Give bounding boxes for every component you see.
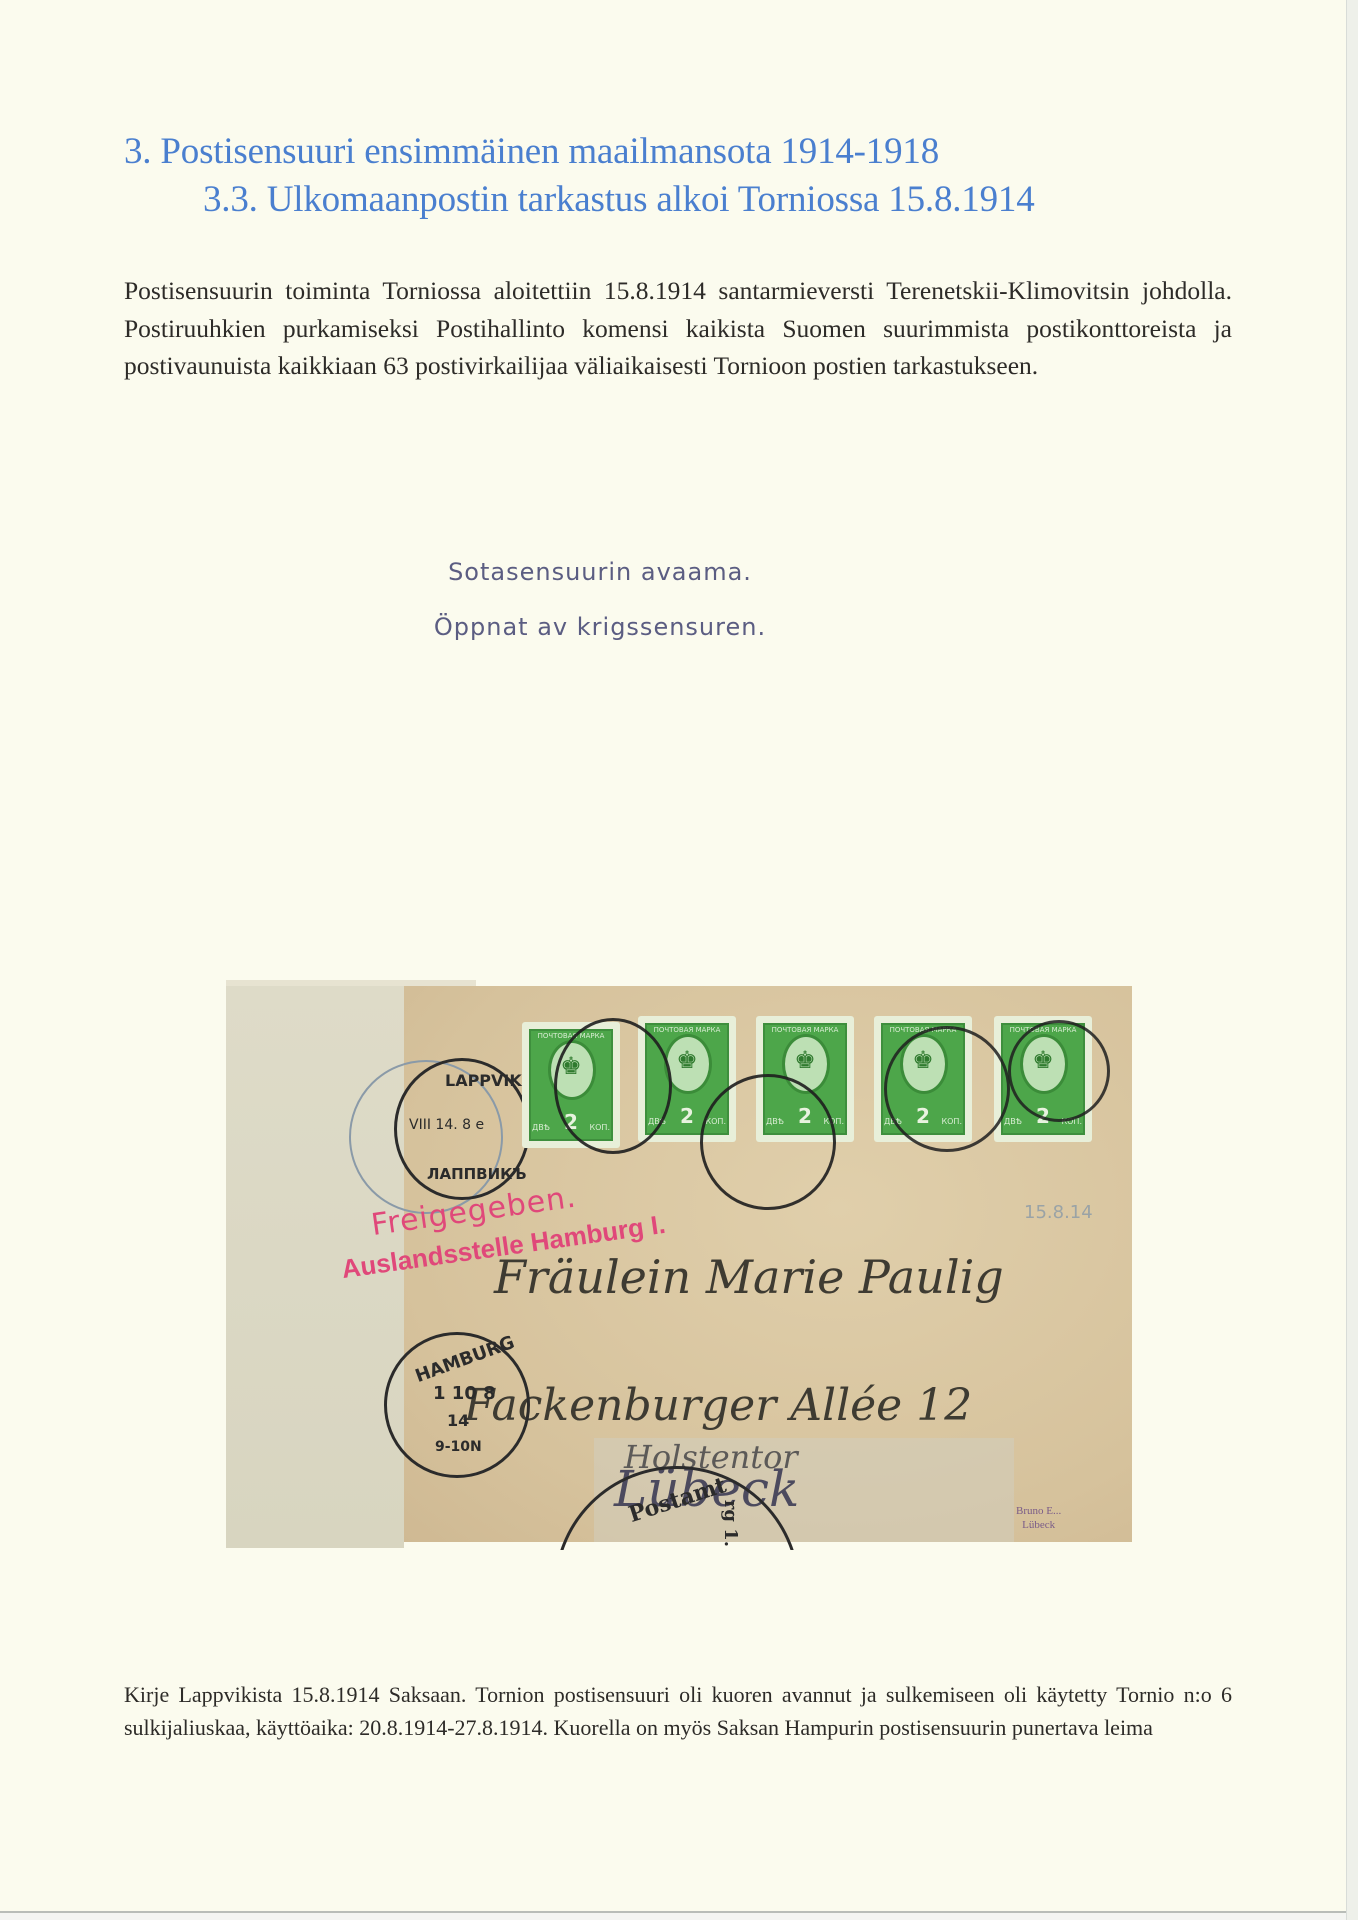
lappvik-postmark-icon: LAPPVIK VIII 14. 8 e ЛАППВИКЪ xyxy=(394,1058,530,1200)
censor-label-finnish: Sotasensuurin avaama. xyxy=(340,558,860,586)
postmark-bottom-text: ЛАППВИКЪ xyxy=(427,1165,527,1183)
postmark-date-text: 1 10 8 xyxy=(433,1383,496,1404)
postamt-postmark-icon: Postamt rg 1. xyxy=(554,1466,800,1712)
postmark-date-text: VIII 14. 8 e xyxy=(409,1117,484,1133)
hamburg-postmark-icon: HAMBURG 1 10 8 14 9-10N xyxy=(384,1332,530,1478)
envelope-cover: LAPPVIK VIII 14. 8 e ЛАППВИКЪ ПОЧТОВАЯ М… xyxy=(224,980,1132,1554)
address-recipient: Fräulein Marie Paulig xyxy=(494,1250,1004,1304)
eagle-icon: ♚ xyxy=(756,1046,854,1074)
chapter-heading: 3. Postisensuuri ensimmäinen maailmansot… xyxy=(124,130,939,173)
envelope-edge xyxy=(226,980,476,986)
pencil-date-note: 15.8.14 xyxy=(1024,1202,1093,1223)
postmark-postamt-text: Postamt xyxy=(625,1472,729,1528)
postmark-year-text: 14 xyxy=(447,1411,469,1430)
scan-edge-right xyxy=(1346,0,1358,1920)
envelope-caption: Kirje Lappvikista 15.8.1914 Saksaan. Tor… xyxy=(124,1678,1232,1744)
postmark-bottom-text: 9-10N xyxy=(435,1439,482,1455)
postmark-top-text: LAPPVIK xyxy=(445,1071,522,1090)
section-heading: 3.3. Ulkomaanpostin tarkastus alkoi Torn… xyxy=(203,178,1035,221)
intro-paragraph: Postisensuurin toiminta Torniossa aloite… xyxy=(124,272,1232,385)
printer-imprint: Bruno E... Lübeck xyxy=(1016,1504,1061,1532)
postmark-top-text: HAMBURG xyxy=(413,1332,518,1387)
censor-label-swedish: Öppnat av krigssensuren. xyxy=(340,613,860,641)
cancel-mark-icon xyxy=(1008,1020,1110,1122)
cancel-mark-icon xyxy=(884,1026,1010,1152)
cancel-mark-icon xyxy=(700,1074,836,1210)
address-street: Fackenburger Allée 12 xyxy=(464,1380,972,1431)
cancel-mark-icon xyxy=(554,1018,672,1154)
scan-edge-bottom xyxy=(0,1911,1346,1920)
postmark-inner-text: rg 1. xyxy=(720,1500,741,1547)
